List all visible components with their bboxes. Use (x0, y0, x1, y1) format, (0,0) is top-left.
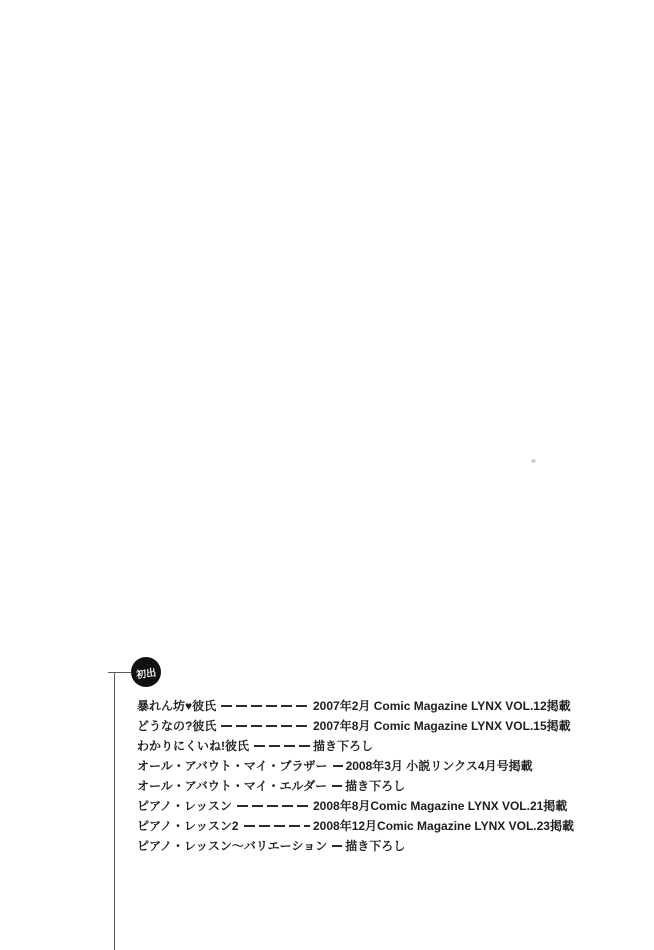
entry-source: 2008年8月Comic Magazine LYNX VOL.21掲載 (313, 797, 567, 814)
entry-title-group: どうなの?彼氏 (137, 717, 313, 734)
entry-title: オール・アバウト・マイ・ブラザー (137, 757, 328, 774)
entry-title: ピアノ・レッスン〜バリエーション (137, 837, 327, 854)
publication-list-item: どうなの?彼氏 2007年8月 Comic Magazine LYNX VOL.… (137, 715, 607, 735)
entry-source: 2007年8月 Comic Magazine LYNX VOL.15掲載 (313, 717, 571, 734)
first-publication-badge: 初出 (131, 657, 161, 687)
publication-list-item: オール・アバウト・マイ・ブラザー 2008年3月 小説リンクス4月号掲載 (137, 755, 607, 775)
publication-list-item: オール・アバウト・マイ・エルダー 描き下ろし (137, 775, 607, 795)
first-publication-badge-label: 初出 (135, 663, 157, 681)
scanned-book-page: 初出 暴れん坊♥彼氏 2007年2月 Comic Magazine LYNX V… (0, 0, 654, 950)
leader-dashes (221, 725, 310, 727)
entry-title-group: 暴れん坊♥彼氏 (137, 697, 313, 714)
entry-title-group: わかりにくいね!彼氏 (137, 737, 313, 754)
publication-list-item: ピアノ・レッスン 2008年8月Comic Magazine LYNX VOL.… (137, 795, 607, 815)
entry-source: 2008年12月Comic Magazine LYNX VOL.23掲載 (313, 817, 574, 834)
entry-title: ピアノ・レッスン2 (137, 817, 239, 834)
entry-title-group: オール・アバウト・マイ・ブラザー (137, 757, 346, 774)
entry-source: 2008年3月 小説リンクス4月号掲載 (346, 757, 533, 774)
entry-title-group: オール・アバウト・マイ・エルダー (137, 777, 345, 794)
entry-title: ピアノ・レッスン (137, 797, 232, 814)
scan-speck-artifact (531, 459, 536, 463)
entry-title: どうなの?彼氏 (137, 717, 216, 734)
corner-rule-horizontal (108, 672, 132, 673)
publication-list-item: ピアノ・レッスン〜バリエーション 描き下ろし (137, 835, 607, 855)
publication-list-item: わかりにくいね!彼氏 描き下ろし (137, 735, 607, 755)
entry-source: 描き下ろし (345, 777, 405, 794)
entry-source: 描き下ろし (313, 737, 373, 754)
entry-title: 暴れん坊♥彼氏 (137, 697, 216, 714)
publication-list: 暴れん坊♥彼氏 2007年2月 Comic Magazine LYNX VOL.… (137, 695, 607, 855)
entry-source: 2007年2月 Comic Magazine LYNX VOL.12掲載 (313, 697, 571, 714)
leader-dashes (332, 785, 342, 787)
publication-list-item: 暴れん坊♥彼氏 2007年2月 Comic Magazine LYNX VOL.… (137, 695, 607, 715)
entry-source: 描き下ろし (345, 837, 405, 854)
entry-title: わかりにくいね!彼氏 (137, 737, 249, 754)
corner-rule-vertical (114, 672, 115, 950)
entry-title-group: ピアノ・レッスン2 (137, 817, 313, 834)
publication-list-item: ピアノ・レッスン2 2008年12月Comic Magazine LYNX VO… (137, 815, 607, 835)
leader-dashes (244, 825, 310, 827)
entry-title: オール・アバウト・マイ・エルダー (137, 777, 327, 794)
leader-dashes (254, 745, 310, 747)
entry-title-group: ピアノ・レッスン〜バリエーション (137, 837, 345, 854)
leader-dashes (221, 705, 310, 707)
leader-dashes (332, 845, 342, 847)
entry-title-group: ピアノ・レッスン (137, 797, 313, 814)
leader-dashes (333, 765, 343, 767)
leader-dashes (237, 805, 310, 807)
